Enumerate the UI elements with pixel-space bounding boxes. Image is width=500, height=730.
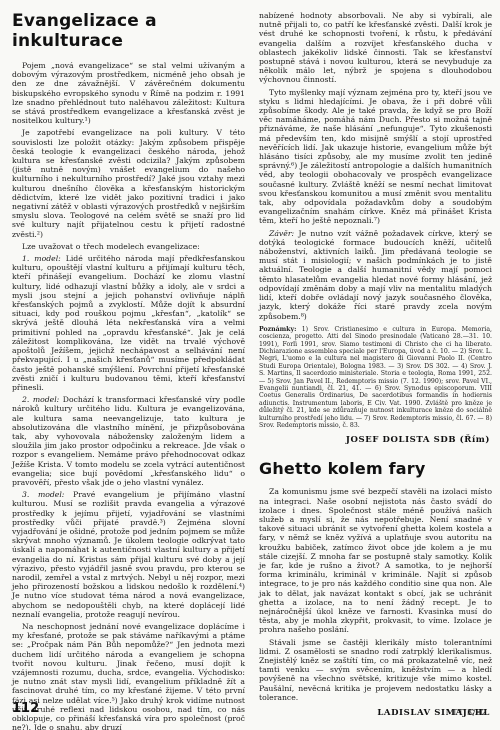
paragraph-text: Na neschopnost jednání nové evangelizace… [12,622,245,730]
paragraph-text: Je zapotřebí evangelizace na poli kultur… [12,128,245,238]
article-1-continuation-paragraph: nabízené hodnoty absorbovali. Ne aby si … [259,11,492,85]
paragraph-text: Lidé určitého národa mají předkřesťansko… [12,254,245,392]
two-column-layout: Evangelizace a inkulturace Pojem „nová e… [0,0,500,730]
left-column: Evangelizace a inkulturace Pojem „nová e… [12,11,245,730]
paragraph-text: nabízené hodnoty absorbovali. Ne aby si … [259,11,492,84]
article-2-paragraph: Stávali jsme se častěji klerikály místo … [259,638,492,702]
article-1-paragraph: Je zapotřebí evangelizace na poli kultur… [12,128,245,238]
model-3-label: 3. model: [22,490,64,499]
paragraph-text: Stávali jsme se častěji klerikály místo … [259,638,492,702]
paragraph-text: Za komunismu jsme své bezpečí stavěli na… [259,487,492,634]
article-1-paragraph-model-3: 3. model: Pravé evangelium je přijímáno … [12,490,245,619]
model-2-label: 2. model: [22,395,59,404]
article-1-paragraph: Pojem „nová evangelizace“ se stal velmi … [12,61,245,125]
paragraph-text: Je nutno vzít vážně požadavek církve, kt… [259,229,492,321]
article-1-paragraph-model-1: 1. model: Lidé určitého národa mají před… [12,254,245,392]
article-2-title: Ghetto kolem fary [259,459,492,478]
issue-number: TT 3/92 [452,708,487,717]
footnotes-text: 1) Srov. Cristianesimo e cultura in Euro… [259,326,492,429]
article-1-author-byline: JOSEF DOLISTA SDB (Řím) [259,435,490,445]
paragraph-text: Tyto myšlenky mají význam zejména pro ty… [259,88,492,226]
page-number: 112 [12,701,39,716]
article-1-title: Evangelizace a inkulturace [12,11,245,51]
right-column: nabízené hodnoty absorbovali. Ne aby si … [259,11,492,730]
scanned-journal-page: Evangelizace a inkulturace Pojem „nová e… [0,0,500,730]
footnotes-block: Poznámky: 1) Srov. Cristianesimo e cultu… [259,326,492,430]
article-1-paragraph-model-2: 2. model: Dochází k transformaci křesťan… [12,395,245,487]
paragraph-text: Lze uvažovat o třech modelech evangeliza… [22,242,200,251]
footnotes-label: Poznámky: [259,326,296,333]
article-1-paragraph: Na neschopnost jednání nové evangelizace… [12,622,245,730]
paragraph-text: Dochází k transformaci křesťanské víry p… [12,395,245,487]
article-1-continuation-paragraph: Tyto myšlenky mají význam zejména pro ty… [259,88,492,226]
model-1-label: 1. model: [22,254,61,263]
article-1-paragraph: Lze uvažovat o třech modelech evangeliza… [12,242,245,251]
article-2-paragraph: Za komunismu jsme své bezpečí stavěli na… [259,487,492,634]
article-1-conclusion-paragraph: Závěr: Je nutno vzít vážně požadavek cír… [259,229,492,321]
conclusion-label: Závěr: [269,229,294,238]
paragraph-text: Pravé evangelium je přijímáno vlastní ku… [12,490,245,619]
paragraph-text: Pojem „nová evangelizace“ se stal velmi … [12,61,245,125]
